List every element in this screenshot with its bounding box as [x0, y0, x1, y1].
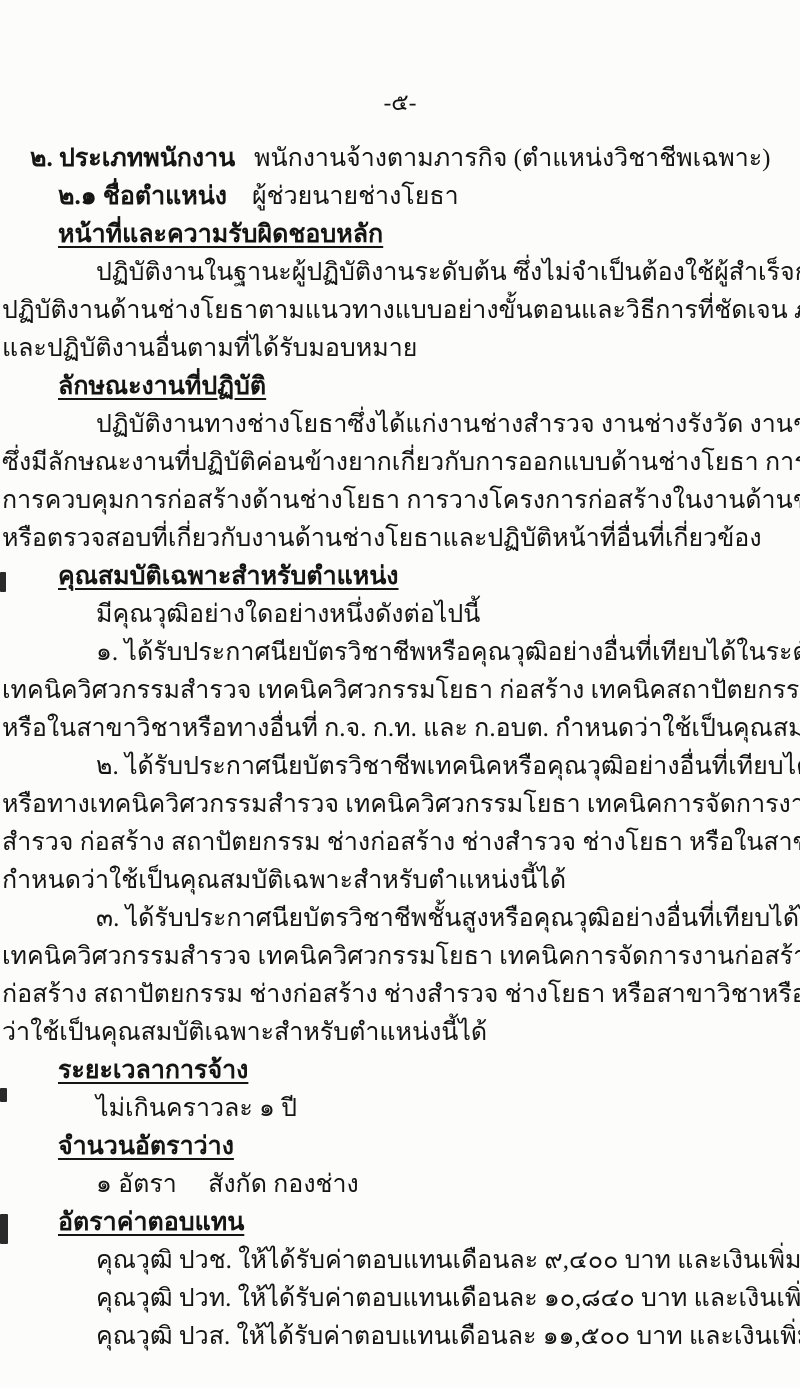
text-line: สำรวจ ก่อสร้าง สถาปัตยกรรม ช่างก่อสร้าง … [0, 824, 800, 862]
text-line: คุณสมบัติเฉพาะสำหรับตำแหน่ง [0, 558, 800, 596]
document-body: ๒. ประเภทพนักงาน พนักงานจ้างตามภารกิจ (ต… [0, 140, 800, 1356]
section-heading: ลักษณะงานที่ปฏิบัติ [58, 373, 266, 400]
text-line: ก่อสร้าง สถาปัตยกรรม ช่างก่อสร้าง ช่างสำ… [0, 976, 800, 1014]
text-segment: สำรวจ ก่อสร้าง สถาปัตยกรรม ช่างก่อสร้าง … [2, 829, 800, 856]
text-line: ปฏิบัติงานทางช่างโยธาซึ่งได้แก่งานช่างสำ… [0, 406, 800, 444]
text-segment: คุณวุฒิ ปวท. ให้ได้รับค่าตอบแทนเดือนละ ๑… [96, 1285, 800, 1312]
scan-artifact [0, 572, 6, 592]
text-segment: ซึ่งมีลักษณะงานที่ปฏิบัติค่อนข้างยากเกี่… [2, 449, 800, 476]
text-segment: ว่าใช้เป็นคุณสมบัติเฉพาะสำหรับตำแหน่งนี้… [2, 1019, 487, 1046]
text-segment: ๑ อัตรา สังกัด กองช่าง [96, 1171, 359, 1198]
text-segment: ก่อสร้าง สถาปัตยกรรม ช่างก่อสร้าง ช่างสำ… [2, 981, 800, 1008]
text-segment: หรือทางเทคนิควิศวกรรมสำรวจ เทคนิควิศวกรร… [2, 791, 800, 818]
text-line: ๑ อัตรา สังกัด กองช่าง [0, 1166, 800, 1204]
text-segment: หรือในสาขาวิชาหรือทางอื่นที่ ก.จ. ก.ท. แ… [2, 715, 800, 742]
text-segment: เทคนิควิศวกรรมสำรวจ เทคนิควิศวกรรมโยธา ก… [2, 677, 800, 704]
text-line: จำนวนอัตราว่าง [0, 1128, 800, 1166]
text-segment: ผู้ช่วยนายช่างโยธา [227, 183, 459, 210]
scan-artifact [0, 1214, 8, 1244]
text-line: ปฏิบัติงานในฐานะผู้ปฏิบัติงานระดับต้น ซึ… [0, 254, 800, 292]
text-segment: ๒. ได้รับประกาศนียบัตรวิชาชีพเทคนิคหรือค… [96, 753, 800, 780]
section-heading: อัตราค่าตอบแทน [58, 1209, 244, 1236]
section-heading: คุณสมบัติเฉพาะสำหรับตำแหน่ง [58, 563, 399, 590]
text-segment: หรือตรวจสอบที่เกี่ยวกับงานด้านช่างโยธาแล… [2, 525, 762, 552]
text-segment: ๒.๑ ชื่อตำแหน่ง [58, 183, 227, 210]
text-segment: เทคนิควิศวกรรมสำรวจ เทคนิควิศวกรรมโยธา เ… [2, 943, 800, 970]
text-line: หรือทางเทคนิควิศวกรรมสำรวจ เทคนิควิศวกรร… [0, 786, 800, 824]
text-segment: คุณวุฒิ ปวช. ให้ได้รับค่าตอบแทนเดือนละ ๙… [96, 1247, 800, 1274]
text-line: การควบคุมการก่อสร้างด้านช่างโยธา การวางโ… [0, 482, 800, 520]
section-heading: หน้าที่และความรับผิดชอบหลัก [58, 221, 383, 248]
text-line: และปฏิบัติงานอื่นตามที่ได้รับมอบหมาย [0, 330, 800, 368]
document-page: -๕- ๒. ประเภทพนักงาน พนักงานจ้างตามภารกิ… [0, 0, 800, 1388]
text-line: คุณวุฒิ ปวท. ให้ได้รับค่าตอบแทนเดือนละ ๑… [0, 1280, 800, 1318]
text-segment: และปฏิบัติงานอื่นตามที่ได้รับมอบหมาย [2, 335, 417, 362]
section-heading: ระยะเวลาการจ้าง [58, 1057, 248, 1084]
text-segment: ปฏิบัติงานด้านช่างโยธาตามแนวทางแบบอย่างข… [2, 297, 800, 324]
text-line: ระยะเวลาการจ้าง [0, 1052, 800, 1090]
text-segment: กำหนดว่าใช้เป็นคุณสมบัติเฉพาะสำหรับตำแหน… [2, 867, 566, 894]
text-segment: พนักงานจ้างตามภารกิจ (ตำแหน่งวิชาชีพเฉพา… [235, 145, 770, 172]
text-line: ๒. ได้รับประกาศนียบัตรวิชาชีพเทคนิคหรือค… [0, 748, 800, 786]
text-segment: ปฏิบัติงานทางช่างโยธาซึ่งได้แก่งานช่างสำ… [96, 411, 800, 438]
text-segment: มีคุณวุฒิอย่างใดอย่างหนึ่งดังต่อไปนี้ [96, 601, 480, 628]
text-line: มีคุณวุฒิอย่างใดอย่างหนึ่งดังต่อไปนี้ [0, 596, 800, 634]
text-line: ๒. ประเภทพนักงาน พนักงานจ้างตามภารกิจ (ต… [0, 140, 800, 178]
text-segment: ๑. ได้รับประกาศนียบัตรวิชาชีพหรือคุณวุฒิ… [96, 639, 800, 666]
text-line: ซึ่งมีลักษณะงานที่ปฏิบัติค่อนข้างยากเกี่… [0, 444, 800, 482]
text-line: คุณวุฒิ ปวช. ให้ได้รับค่าตอบแทนเดือนละ ๙… [0, 1242, 800, 1280]
text-line: อัตราค่าตอบแทน [0, 1204, 800, 1242]
text-line: ปฏิบัติงานด้านช่างโยธาตามแนวทางแบบอย่างข… [0, 292, 800, 330]
text-segment: ๓. ได้รับประกาศนียบัตรวิชาชีพชั้นสูงหรือ… [96, 905, 800, 932]
text-line: หรือตรวจสอบที่เกี่ยวกับงานด้านช่างโยธาแล… [0, 520, 800, 558]
text-line: ๑. ได้รับประกาศนียบัตรวิชาชีพหรือคุณวุฒิ… [0, 634, 800, 672]
text-line: คุณวุฒิ ปวส. ให้ได้รับค่าตอบแทนเดือนละ ๑… [0, 1318, 800, 1356]
text-line: ไม่เกินคราวละ ๑ ปี [0, 1090, 800, 1128]
text-line: กำหนดว่าใช้เป็นคุณสมบัติเฉพาะสำหรับตำแหน… [0, 862, 800, 900]
text-segment: การควบคุมการก่อสร้างด้านช่างโยธา การวางโ… [2, 487, 800, 514]
text-line: ๓. ได้รับประกาศนียบัตรวิชาชีพชั้นสูงหรือ… [0, 900, 800, 938]
text-line: ๒.๑ ชื่อตำแหน่ง ผู้ช่วยนายช่างโยธา [0, 178, 800, 216]
text-segment: คุณวุฒิ ปวส. ให้ได้รับค่าตอบแทนเดือนละ ๑… [96, 1323, 800, 1350]
scan-artifact [0, 1088, 7, 1102]
section-heading: จำนวนอัตราว่าง [58, 1133, 234, 1160]
text-line: หน้าที่และความรับผิดชอบหลัก [0, 216, 800, 254]
text-segment: ไม่เกินคราวละ ๑ ปี [96, 1095, 297, 1122]
text-line: หรือในสาขาวิชาหรือทางอื่นที่ ก.จ. ก.ท. แ… [0, 710, 800, 748]
page-number: -๕- [0, 0, 800, 120]
text-line: ลักษณะงานที่ปฏิบัติ [0, 368, 800, 406]
text-segment: ๒. ประเภทพนักงาน [30, 145, 235, 172]
text-line: เทคนิควิศวกรรมสำรวจ เทคนิควิศวกรรมโยธา เ… [0, 938, 800, 976]
text-segment: ปฏิบัติงานในฐานะผู้ปฏิบัติงานระดับต้น ซึ… [96, 259, 800, 286]
text-line: ว่าใช้เป็นคุณสมบัติเฉพาะสำหรับตำแหน่งนี้… [0, 1014, 800, 1052]
text-line: เทคนิควิศวกรรมสำรวจ เทคนิควิศวกรรมโยธา ก… [0, 672, 800, 710]
